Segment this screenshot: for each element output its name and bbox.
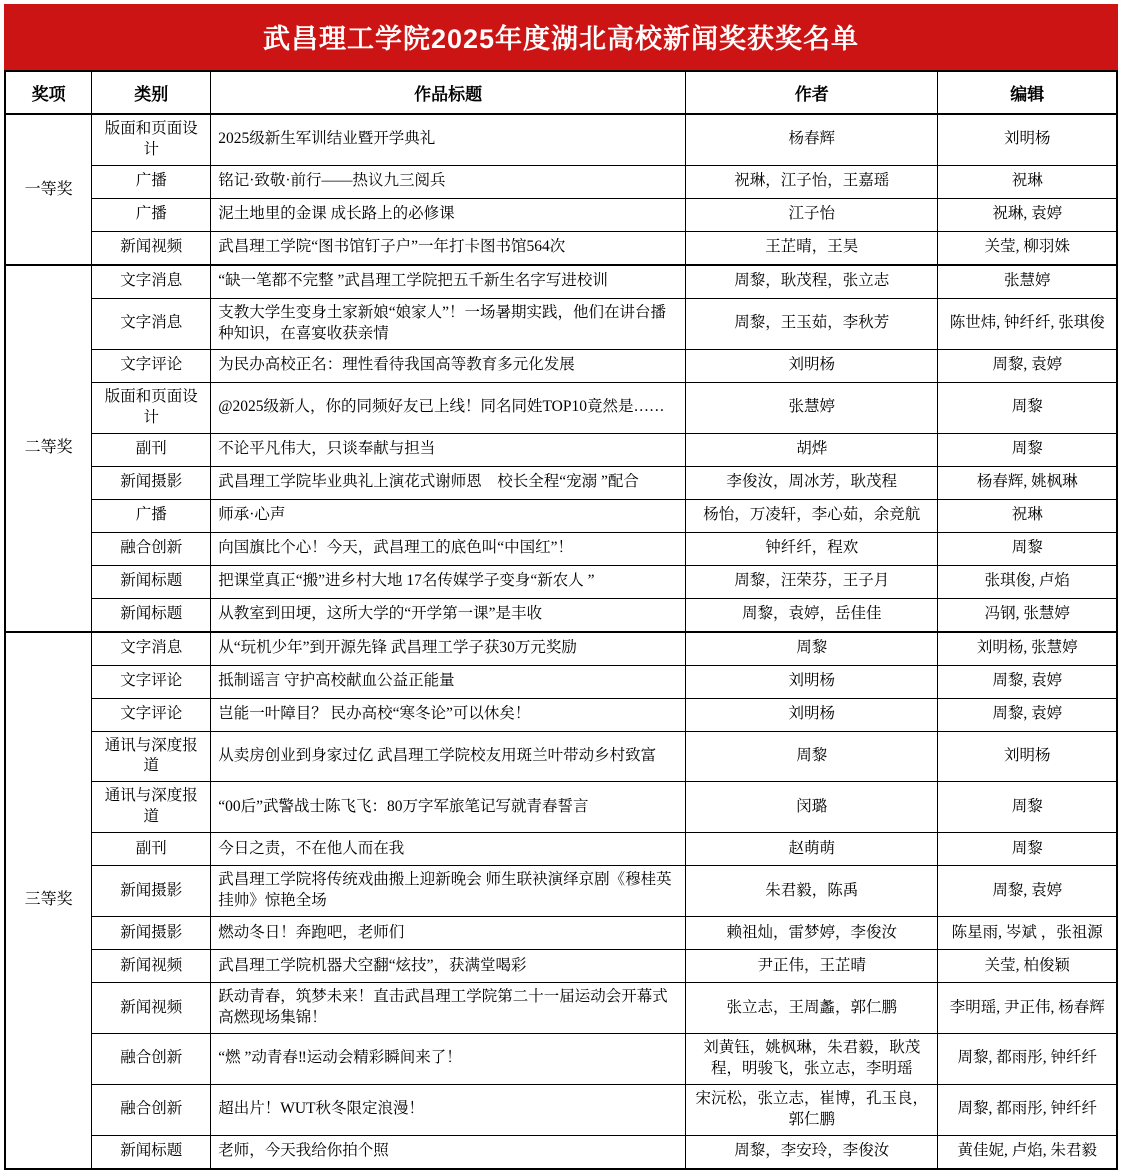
editor-cell: 关莹, 柳羽姝 (938, 231, 1117, 265)
author-cell: 宋沅松，张立志，崔博，孔玉良，郭仁鹏 (686, 1084, 938, 1135)
title-cell: 向国旗比个心！今天，武昌理工的底色叫“中国红”！ (211, 532, 686, 565)
table-row: 广播铭记·致敬·前行——热议九三阅兵祝琳，江子怡，王嘉瑶祝琳 (5, 165, 1117, 198)
column-header-title: 作品标题 (211, 71, 686, 114)
title-cell: 抵制谣言 守护高校献血公益正能量 (211, 665, 686, 698)
award-cell: 一等奖 (5, 114, 92, 265)
page: 武昌理工学院2025年度湖北高校新闻奖获奖名单 奖项 类别 作品标题 作者 编辑… (0, 0, 1122, 1174)
table-row: 副刊不论平凡伟大，只谈奉献与担当胡烨周黎 (5, 433, 1117, 466)
author-cell: 杨怡，万凌轩，李心茹，余竞航 (686, 499, 938, 532)
category-cell: 新闻摄影 (92, 866, 211, 917)
title-cell: 铭记·致敬·前行——热议九三阅兵 (211, 165, 686, 198)
editor-cell: 冯钢, 张慧婷 (938, 598, 1117, 632)
column-header-author: 作者 (686, 71, 938, 114)
table-row: 文字评论为民办高校正名：理性看待我国高等教育多元化发展刘明杨周黎, 袁婷 (5, 349, 1117, 382)
category-cell: 副刊 (92, 433, 211, 466)
editor-cell: 陈世炜, 钟纤纤, 张琪俊 (938, 298, 1117, 349)
editor-cell: 周黎 (938, 833, 1117, 866)
title-cell: “00后”武警战士陈飞飞：80万字军旅笔记写就青春誓言 (211, 782, 686, 833)
category-cell: 新闻摄影 (92, 466, 211, 499)
category-cell: 广播 (92, 198, 211, 231)
table-row: 融合创新“燃 ”动青春‼运动会精彩瞬间来了！刘黄钰，姚枫琳，朱君毅，耿茂程，明骏… (5, 1033, 1117, 1084)
author-cell: 刘明杨 (686, 349, 938, 382)
author-cell: 周黎，王玉茹，李秋芳 (686, 298, 938, 349)
author-cell: 朱君毅，陈禹 (686, 866, 938, 917)
author-cell: 赖祖灿，雷梦婷，李俊汝 (686, 917, 938, 950)
awards-table-body: 一等奖版面和页面设计2025级新生军训结业暨开学典礼杨春辉刘明杨广播铭记·致敬·… (5, 114, 1117, 1169)
category-cell: 副刊 (92, 833, 211, 866)
author-cell: 周黎，耿茂程，张立志 (686, 265, 938, 299)
title-cell: 跃动青春，筑梦未来！直击武昌理工学院第二十一届运动会开幕式高燃现场集锦！ (211, 983, 686, 1034)
column-header-category: 类别 (92, 71, 211, 114)
category-cell: 新闻标题 (92, 598, 211, 632)
title-cell: 岂能一叶障目？ 民办高校“寒冬论”可以休矣！ (211, 698, 686, 731)
table-row: 三等奖文字消息从“玩机少年”到开源先锋 武昌理工学子获30万元奖励周黎刘明杨, … (5, 632, 1117, 666)
editor-cell: 张琪俊, 卢焰 (938, 565, 1117, 598)
table-row: 副刊今日之责，不在他人而在我赵萌萌周黎 (5, 833, 1117, 866)
title-cell: 支教大学生变身土家新娘“娘家人”！一场暑期实践，他们在讲台播种知识，在喜宴收获亲… (211, 298, 686, 349)
author-cell: 张慧婷 (686, 382, 938, 433)
editor-cell: 祝琳 (938, 499, 1117, 532)
title-cell: 从“玩机少年”到开源先锋 武昌理工学子获30万元奖励 (211, 632, 686, 666)
category-cell: 新闻视频 (92, 983, 211, 1034)
title-cell: 泥土地里的金课 成长路上的必修课 (211, 198, 686, 231)
category-cell: 文字消息 (92, 265, 211, 299)
table-row: 通讯与深度报道从卖房创业到身家过亿 武昌理工学院校友用斑兰叶带动乡村致富周黎刘明… (5, 731, 1117, 782)
author-cell: 周黎，袁婷，岳佳佳 (686, 598, 938, 632)
table-row: 新闻标题把课堂真正“搬”进乡村大地 17名传媒学子变身“新农人 ”周黎，汪荣芬，… (5, 565, 1117, 598)
author-cell: 杨春辉 (686, 114, 938, 165)
author-cell: 赵萌萌 (686, 833, 938, 866)
author-cell: 刘黄钰，姚枫琳，朱君毅，耿茂程，明骏飞，张立志，李明瑶 (686, 1033, 938, 1084)
editor-cell: 周黎, 都雨彤, 钟纤纤 (938, 1084, 1117, 1135)
title-cell: “缺一笔都不完整 ”武昌理工学院把五千新生名字写进校训 (211, 265, 686, 299)
title-cell: 武昌理工学院“图书馆钉子户”一年打卡图书馆564次 (211, 231, 686, 265)
author-cell: 周黎，汪荣芬，王子月 (686, 565, 938, 598)
author-cell: 周黎 (686, 731, 938, 782)
title-cell: 不论平凡伟大，只谈奉献与担当 (211, 433, 686, 466)
table-row: 新闻视频跃动青春，筑梦未来！直击武昌理工学院第二十一届运动会开幕式高燃现场集锦！… (5, 983, 1117, 1034)
award-cell: 三等奖 (5, 632, 92, 1169)
editor-cell: 周黎, 都雨彤, 钟纤纤 (938, 1033, 1117, 1084)
title-cell: @2025级新人，你的同频好友已上线！同名同姓TOP10竟然是…… (211, 382, 686, 433)
author-cell: 尹正伟，王芷晴 (686, 950, 938, 983)
table-row: 新闻摄影武昌理工学院毕业典礼上演花式谢师恩 校长全程“宠溺 ”配合李俊汝，周冰芳… (5, 466, 1117, 499)
table-row: 文字评论抵制谣言 守护高校献血公益正能量刘明杨周黎, 袁婷 (5, 665, 1117, 698)
category-cell: 广播 (92, 165, 211, 198)
editor-cell: 祝琳 (938, 165, 1117, 198)
table-row: 新闻摄影燃动冬日！奔跑吧，老师们赖祖灿，雷梦婷，李俊汝陈星雨, 岑斌 ，张祖源 (5, 917, 1117, 950)
category-cell: 文字消息 (92, 298, 211, 349)
title-cell: 从卖房创业到身家过亿 武昌理工学院校友用斑兰叶带动乡村致富 (211, 731, 686, 782)
table-row: 文字消息支教大学生变身土家新娘“娘家人”！一场暑期实践，他们在讲台播种知识，在喜… (5, 298, 1117, 349)
table-row: 新闻标题从教室到田埂，这所大学的“开学第一课”是丰收周黎，袁婷，岳佳佳冯钢, 张… (5, 598, 1117, 632)
editor-cell: 周黎, 袁婷 (938, 866, 1117, 917)
author-cell: 刘明杨 (686, 698, 938, 731)
author-cell: 刘明杨 (686, 665, 938, 698)
category-cell: 新闻标题 (92, 1135, 211, 1169)
title-cell: 今日之责，不在他人而在我 (211, 833, 686, 866)
table-row: 广播泥土地里的金课 成长路上的必修课江子怡祝琳, 袁婷 (5, 198, 1117, 231)
page-title: 武昌理工学院2025年度湖北高校新闻奖获奖名单 (4, 4, 1118, 70)
table-row: 新闻视频武昌理工学院“图书馆钉子户”一年打卡图书馆564次王芷晴，王昊关莹, 柳… (5, 231, 1117, 265)
author-cell: 周黎，李安玲，李俊汝 (686, 1135, 938, 1169)
category-cell: 通讯与深度报道 (92, 782, 211, 833)
category-cell: 新闻摄影 (92, 917, 211, 950)
title-cell: 超出片！WUT秋冬限定浪漫！ (211, 1084, 686, 1135)
awards-table-header: 奖项 类别 作品标题 作者 编辑 (5, 71, 1117, 114)
editor-cell: 周黎 (938, 382, 1117, 433)
table-row: 融合创新向国旗比个心！今天，武昌理工的底色叫“中国红”！钟纤纤，程欢周黎 (5, 532, 1117, 565)
award-cell: 二等奖 (5, 265, 92, 632)
table-row: 通讯与深度报道“00后”武警战士陈飞飞：80万字军旅笔记写就青春誓言闵璐周黎 (5, 782, 1117, 833)
title-cell: 2025级新生军训结业暨开学典礼 (211, 114, 686, 165)
table-row: 融合创新超出片！WUT秋冬限定浪漫！宋沅松，张立志，崔博，孔玉良，郭仁鹏周黎, … (5, 1084, 1117, 1135)
category-cell: 文字评论 (92, 349, 211, 382)
author-cell: 闵璐 (686, 782, 938, 833)
author-cell: 李俊汝，周冰芳，耿茂程 (686, 466, 938, 499)
category-cell: 文字评论 (92, 665, 211, 698)
editor-cell: 周黎, 袁婷 (938, 349, 1117, 382)
editor-cell: 周黎, 袁婷 (938, 665, 1117, 698)
editor-cell: 祝琳, 袁婷 (938, 198, 1117, 231)
author-cell: 江子怡 (686, 198, 938, 231)
table-row: 一等奖版面和页面设计2025级新生军训结业暨开学典礼杨春辉刘明杨 (5, 114, 1117, 165)
table-row: 文字评论岂能一叶障目？ 民办高校“寒冬论”可以休矣！刘明杨周黎, 袁婷 (5, 698, 1117, 731)
title-cell: “燃 ”动青春‼运动会精彩瞬间来了！ (211, 1033, 686, 1084)
category-cell: 广播 (92, 499, 211, 532)
table-row: 新闻视频武昌理工学院机器犬空翻“炫技”，获满堂喝彩尹正伟，王芷晴关莹, 柏俊颖 (5, 950, 1117, 983)
table-row: 新闻标题老师，今天我给你拍个照周黎，李安玲，李俊汝黄佳妮, 卢焰, 朱君毅 (5, 1135, 1117, 1169)
author-cell: 张立志，王周蠡，郭仁鹏 (686, 983, 938, 1034)
author-cell: 胡烨 (686, 433, 938, 466)
category-cell: 文字评论 (92, 698, 211, 731)
column-header-award: 奖项 (5, 71, 92, 114)
title-cell: 从教室到田埂，这所大学的“开学第一课”是丰收 (211, 598, 686, 632)
editor-cell: 关莹, 柏俊颖 (938, 950, 1117, 983)
category-cell: 新闻标题 (92, 565, 211, 598)
editor-cell: 黄佳妮, 卢焰, 朱君毅 (938, 1135, 1117, 1169)
column-header-editor: 编辑 (938, 71, 1117, 114)
author-cell: 王芷晴，王昊 (686, 231, 938, 265)
category-cell: 新闻视频 (92, 950, 211, 983)
editor-cell: 杨春辉, 姚枫琳 (938, 466, 1117, 499)
editor-cell: 周黎 (938, 532, 1117, 565)
author-cell: 钟纤纤，程欢 (686, 532, 938, 565)
author-cell: 祝琳，江子怡，王嘉瑶 (686, 165, 938, 198)
title-cell: 师承·心声 (211, 499, 686, 532)
editor-cell: 张慧婷 (938, 265, 1117, 299)
awards-table: 奖项 类别 作品标题 作者 编辑 一等奖版面和页面设计2025级新生军训结业暨开… (4, 70, 1118, 1170)
editor-cell: 周黎 (938, 782, 1117, 833)
category-cell: 融合创新 (92, 1033, 211, 1084)
category-cell: 版面和页面设计 (92, 382, 211, 433)
category-cell: 通讯与深度报道 (92, 731, 211, 782)
editor-cell: 周黎 (938, 433, 1117, 466)
table-row: 二等奖文字消息“缺一笔都不完整 ”武昌理工学院把五千新生名字写进校训周黎，耿茂程… (5, 265, 1117, 299)
title-cell: 燃动冬日！奔跑吧，老师们 (211, 917, 686, 950)
title-cell: 把课堂真正“搬”进乡村大地 17名传媒学子变身“新农人 ” (211, 565, 686, 598)
category-cell: 版面和页面设计 (92, 114, 211, 165)
editor-cell: 刘明杨 (938, 731, 1117, 782)
editor-cell: 李明瑶, 尹正伟, 杨春辉 (938, 983, 1117, 1034)
header-row: 奖项 类别 作品标题 作者 编辑 (5, 71, 1117, 114)
category-cell: 文字消息 (92, 632, 211, 666)
table-row: 新闻摄影武昌理工学院将传统戏曲搬上迎新晚会 师生联袂演绎京剧《穆桂英挂帅》惊艳全… (5, 866, 1117, 917)
editor-cell: 刘明杨 (938, 114, 1117, 165)
author-cell: 周黎 (686, 632, 938, 666)
editor-cell: 陈星雨, 岑斌 ，张祖源 (938, 917, 1117, 950)
category-cell: 融合创新 (92, 1084, 211, 1135)
category-cell: 新闻视频 (92, 231, 211, 265)
title-cell: 武昌理工学院将传统戏曲搬上迎新晚会 师生联袂演绎京剧《穆桂英挂帅》惊艳全场 (211, 866, 686, 917)
table-row: 广播师承·心声杨怡，万凌轩，李心茹，余竞航祝琳 (5, 499, 1117, 532)
title-cell: 武昌理工学院毕业典礼上演花式谢师恩 校长全程“宠溺 ”配合 (211, 466, 686, 499)
category-cell: 融合创新 (92, 532, 211, 565)
table-row: 版面和页面设计@2025级新人，你的同频好友已上线！同名同姓TOP10竟然是……… (5, 382, 1117, 433)
title-cell: 为民办高校正名：理性看待我国高等教育多元化发展 (211, 349, 686, 382)
editor-cell: 刘明杨, 张慧婷 (938, 632, 1117, 666)
title-cell: 武昌理工学院机器犬空翻“炫技”，获满堂喝彩 (211, 950, 686, 983)
editor-cell: 周黎, 袁婷 (938, 698, 1117, 731)
title-cell: 老师，今天我给你拍个照 (211, 1135, 686, 1169)
